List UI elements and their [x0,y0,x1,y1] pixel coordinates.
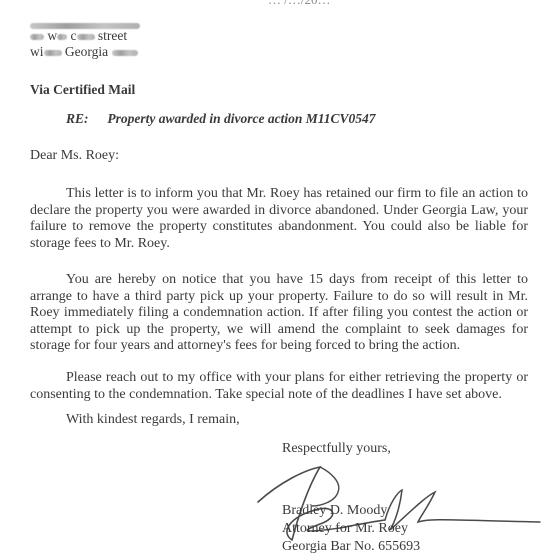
salutation: Dear Ms. Roey: [30,148,119,164]
signature-block: Respectfully yours, Bradley D. Moody Att… [282,440,420,556]
closing-line: With kindest regards, I remain, [66,412,240,428]
body-paragraph: This letter is to inform you that Mr. Ro… [30,186,528,252]
letter-page: … /…/20… w c street wi Georgia Via Certi… [0,0,560,560]
redaction-mark [112,50,138,56]
redaction-mark [57,34,67,40]
body-paragraph: Please reach out to my office with your … [30,370,528,403]
address-line-3: wi Georgia [30,44,138,60]
delivery-method: Via Certified Mail [30,82,135,98]
signer-title: Attorney for Mr. Roey [282,520,420,538]
sign-off: Respectfully yours, [282,440,420,458]
redaction-mark [44,50,62,56]
street-word: street [98,28,127,43]
re-line: RE: Property awarded in divorce action M… [66,111,376,127]
body-paragraph: You are hereby on notice that you have 1… [30,272,528,355]
bar-number: Georgia Bar No. 655693 [282,538,420,556]
re-subject: Property awarded in divorce action M11CV… [107,111,375,126]
redaction-mark [30,34,44,40]
letter-date: … /…/20… [268,0,330,8]
address-line-2: w c street [30,28,127,44]
redaction-mark [77,34,95,40]
state-name: Georgia [65,44,108,59]
re-label: RE: [66,111,104,127]
signer-name: Bradley D. Moody [282,502,420,520]
